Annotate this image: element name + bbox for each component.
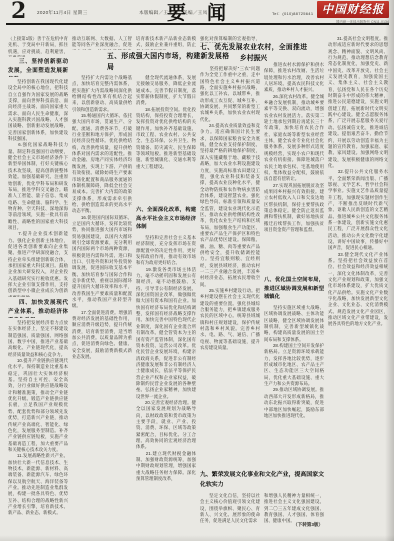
- text-column-1-bottom: 坚持把发展经济着力点放在实体经济上，坚定不移建设制造强国、质量强国、网络强国、数…: [8, 320, 68, 530]
- section-headline-7: 七、优先发展农业农村，全面推进乡村振兴: [200, 43, 307, 64]
- page-number: 2: [11, 0, 26, 24]
- text-column-3-mid: 健全现代流通体系，发展无接触交易服务，降低企业流通成本。完善节假日制度，落实带薪…: [136, 75, 196, 204]
- text-column-3-bottom: 坚持和完善社会主义基本经济制度，充分发挥市场在资源配置中的决定性作用，更好发挥政…: [136, 235, 196, 530]
- newspaper-page: 2 2020年11月4日 星期三 本版编辑／王宝红 美编／王凤 要闻 Tel：(…: [0, 0, 394, 541]
- date-line: 2020年11月4日 星期三: [37, 10, 88, 16]
- text-column-6-body: 31.提高社会文明程度。推动形成适应新时代要求的思想观念、精神面貌、文明风尚、行…: [328, 36, 388, 520]
- header-rule: [6, 23, 389, 25]
- text-column-3-top: 培育新技术新产品新业态新模式，鼓励企业兼并重组，防止低水平重复建设。: [136, 36, 196, 50]
- section-headline-9: 九、繁荣发展文化事业和文化产业，提高国家文化软实力: [200, 470, 324, 491]
- text-column-4-top: 强化对预算编制的宏观指导，推进财政支出标准化。: [200, 36, 260, 43]
- text-column-1-top: （上接第1版）善于在危机中育先机、于变局中开新局，抓住机遇，应对挑战，趋利避害，…: [8, 36, 68, 57]
- text-column-1-mid: 坚持创新在我国现代化建设全局中的核心地位，把科技自立自强作为国家发展的战略支撑，…: [8, 79, 68, 297]
- continued-on-page-3-marker: （下转第3版）: [293, 522, 323, 528]
- text-column-2-top: 推动互联网、大数据、人工智能等同各产业深度融合，促进平台经济、共享经济健康发展。: [72, 36, 132, 50]
- newspaper-masthead-logo: 中国财经报: [317, 1, 389, 18]
- text-column-4-bottom: 坚定文化自信，坚持以社会主义核心价值观引领文化建设，围绕举旗帜、聚民心、育新人、…: [200, 493, 260, 530]
- section-title: 要闻: [167, 0, 247, 25]
- section-headline-8: 八、优化国土空间布局，推进区域协调发展和新型城镇化: [264, 276, 324, 303]
- text-column-5-top: 推进农村水源保护和供水保障，推进农村改厕、生活垃圾处理和污水治理，改善农村人居环…: [264, 62, 324, 274]
- section-headline-3: 三、坚持创新驱动发展，全面塑造发展新优势: [8, 58, 68, 77]
- text-column-2-body: 坚持扩大内需这个战略基点，加快培育完整内需体系，把实施扩大内需战略同深化供给侧结…: [72, 75, 132, 530]
- scan-bottom-shadow: [0, 535, 394, 541]
- text-column-4-body: 坚持把解决好“三农”问题作为全党工作重中之重，走中国特色社会主义乡村振兴道路，全…: [200, 66, 260, 468]
- section-headline-6: 六、全面深化改革，构建高水平社会主义市场经济体制: [136, 206, 196, 233]
- text-column-5-mid: 坚持实施区域重大战略、区域协调发展战略、主体功能区战略，健全区域协调发展体制机制…: [264, 305, 324, 468]
- contact-tel: Tel：(010)88725641: [272, 11, 313, 17]
- section-headline-4: 四、加快发展现代产业体系，推动经济体系优化升级: [8, 299, 68, 318]
